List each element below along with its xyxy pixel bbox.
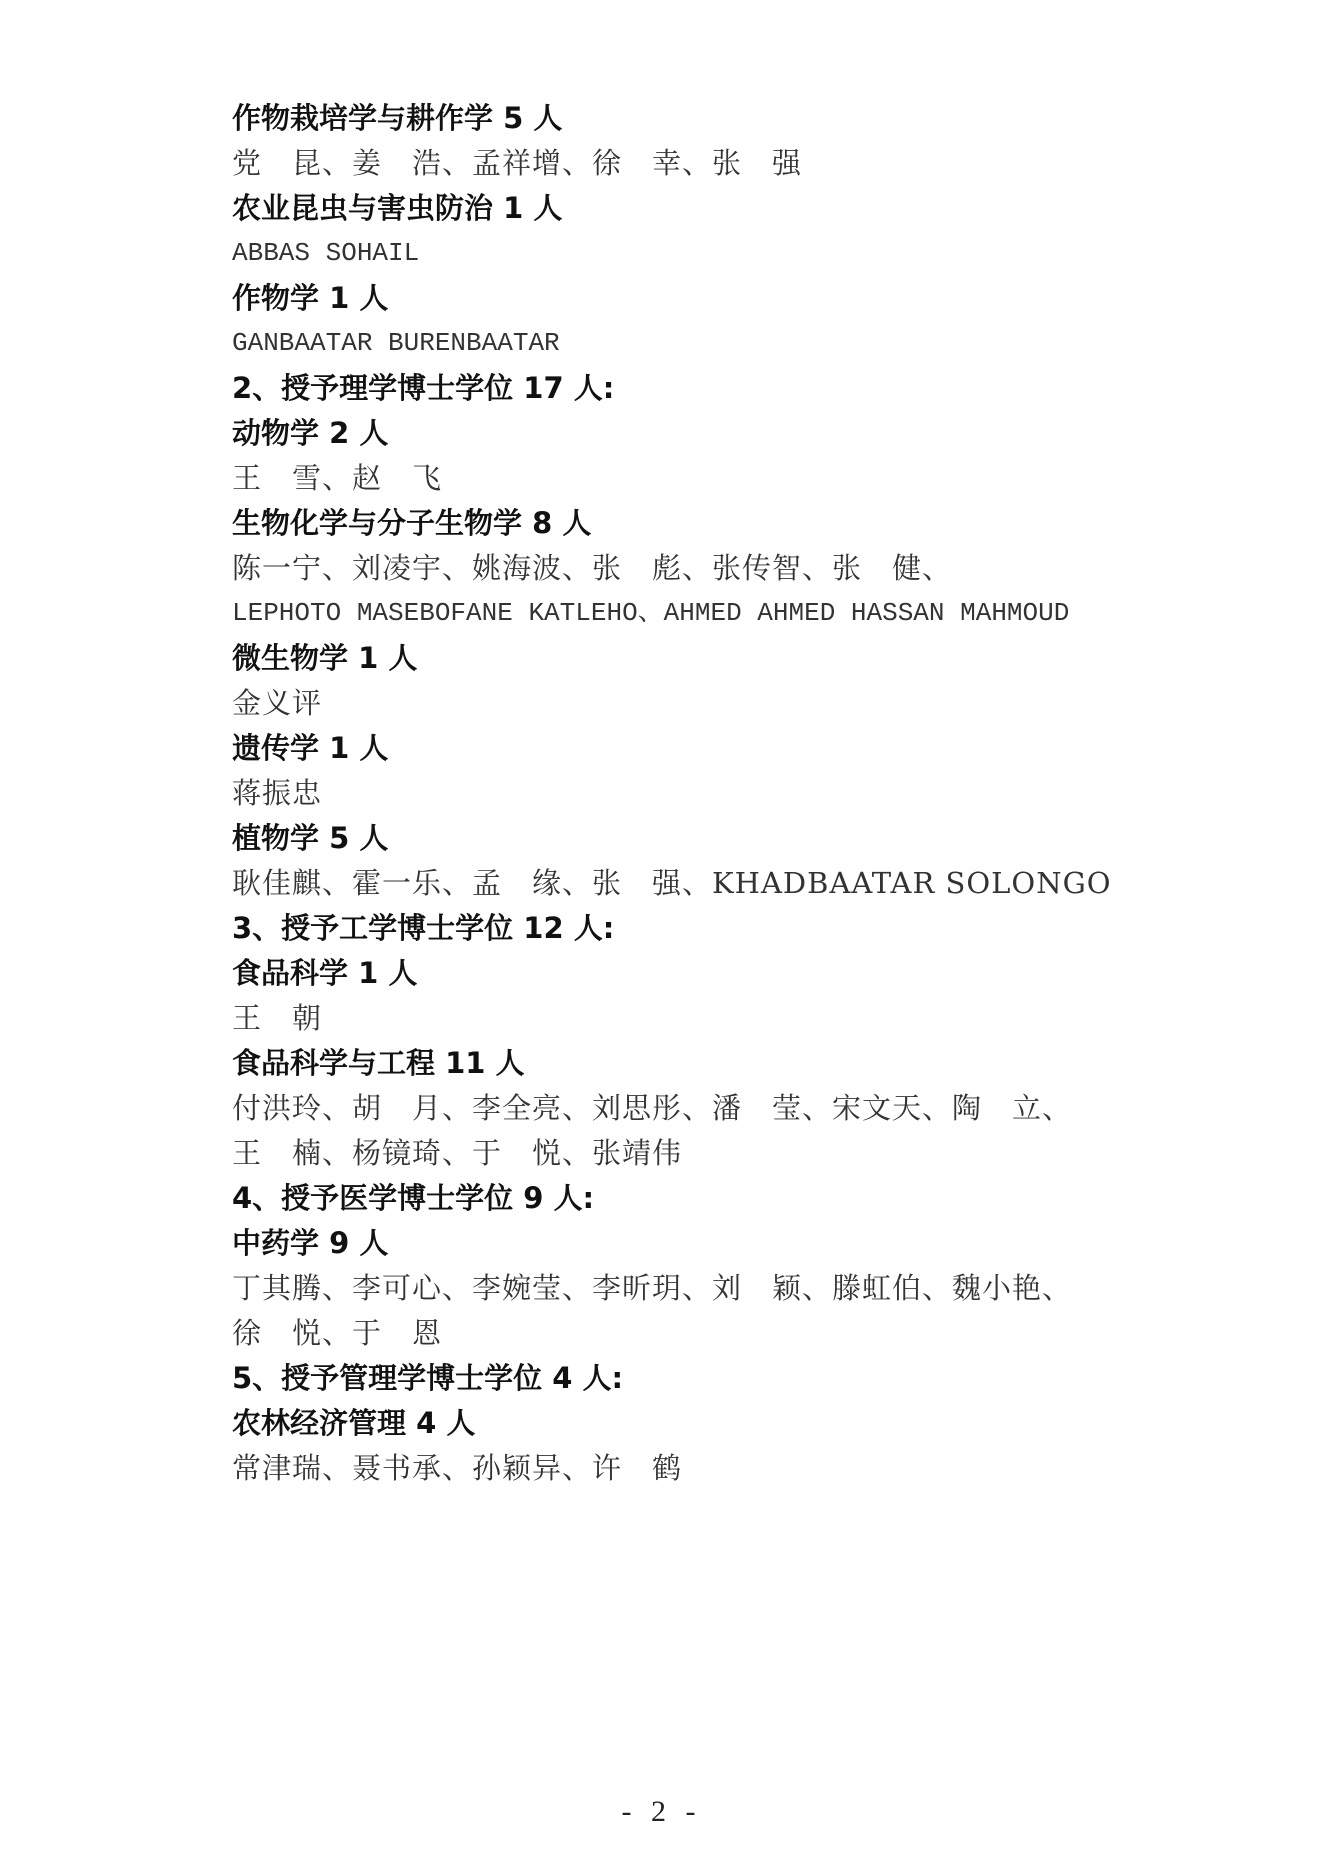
section-heading-food-science-engineering: 食品科学与工程 11 人 bbox=[232, 1041, 1132, 1086]
section-heading-chinese-pharmacy: 中药学 9 人 bbox=[232, 1221, 1132, 1266]
names-biochemistry-1: 陈一宁、刘凌宇、姚海波、张 彪、张传智、张 健、 bbox=[232, 546, 1132, 591]
section-heading-genetics: 遗传学 1 人 bbox=[232, 726, 1132, 771]
document-body: 作物栽培学与耕作学 5 人 党 昆、姜 浩、孟祥增、徐 幸、张 强 农业昆虫与害… bbox=[232, 96, 1132, 1491]
names-chinese-pharmacy-1: 丁其腾、李可心、李婉莹、李昕玥、刘 颖、滕虹伯、魏小艳、 bbox=[232, 1266, 1132, 1311]
section-heading-crop-cultivation: 作物栽培学与耕作学 5 人 bbox=[232, 96, 1132, 141]
category-heading-medicine-phd: 4、授予医学博士学位 9 人: bbox=[232, 1176, 1132, 1221]
category-heading-science-phd: 2、授予理学博士学位 17 人: bbox=[232, 366, 1132, 411]
section-heading-food-science: 食品科学 1 人 bbox=[232, 951, 1132, 996]
section-heading-zoology: 动物学 2 人 bbox=[232, 411, 1132, 456]
section-heading-agroforestry-economics: 农林经济管理 4 人 bbox=[232, 1401, 1132, 1446]
names-food-science-engineering-1: 付洪玲、胡 月、李全亮、刘思彤、潘 莹、宋文天、陶 立、 bbox=[232, 1086, 1132, 1131]
section-heading-agricultural-entomology: 农业昆虫与害虫防治 1 人 bbox=[232, 186, 1132, 231]
names-genetics: 蒋振忠 bbox=[232, 771, 1132, 816]
names-food-science-engineering-2: 王 楠、杨镜琦、于 悦、张靖伟 bbox=[232, 1131, 1132, 1176]
names-crop-cultivation: 党 昆、姜 浩、孟祥增、徐 幸、张 强 bbox=[232, 141, 1132, 186]
names-food-science: 王 朝 bbox=[232, 996, 1132, 1041]
section-heading-biochemistry: 生物化学与分子生物学 8 人 bbox=[232, 501, 1132, 546]
page-number: - 2 - bbox=[0, 1795, 1323, 1829]
section-heading-crop-science: 作物学 1 人 bbox=[232, 276, 1132, 321]
names-agricultural-entomology: ABBAS SOHAIL bbox=[232, 231, 1132, 276]
names-agroforestry-economics: 常津瑞、聂书承、孙颖异、许 鹤 bbox=[232, 1446, 1132, 1491]
names-chinese-pharmacy-2: 徐 悦、于 恩 bbox=[232, 1311, 1132, 1356]
category-heading-management-phd: 5、授予管理学博士学位 4 人: bbox=[232, 1356, 1132, 1401]
category-heading-engineering-phd: 3、授予工学博士学位 12 人: bbox=[232, 906, 1132, 951]
names-biochemistry-2: LEPHOTO MASEBOFANE KATLEHO、AHMED AHMED H… bbox=[232, 591, 1132, 636]
section-heading-botany: 植物学 5 人 bbox=[232, 816, 1132, 861]
section-heading-microbiology: 微生物学 1 人 bbox=[232, 636, 1132, 681]
names-microbiology: 金义评 bbox=[232, 681, 1132, 726]
names-botany: 耿佳麒、霍一乐、孟 缘、张 强、KHADBAATAR SOLONGO bbox=[232, 861, 1132, 906]
names-crop-science: GANBAATAR BURENBAATAR bbox=[232, 321, 1132, 366]
names-zoology: 王 雪、赵 飞 bbox=[232, 456, 1132, 501]
